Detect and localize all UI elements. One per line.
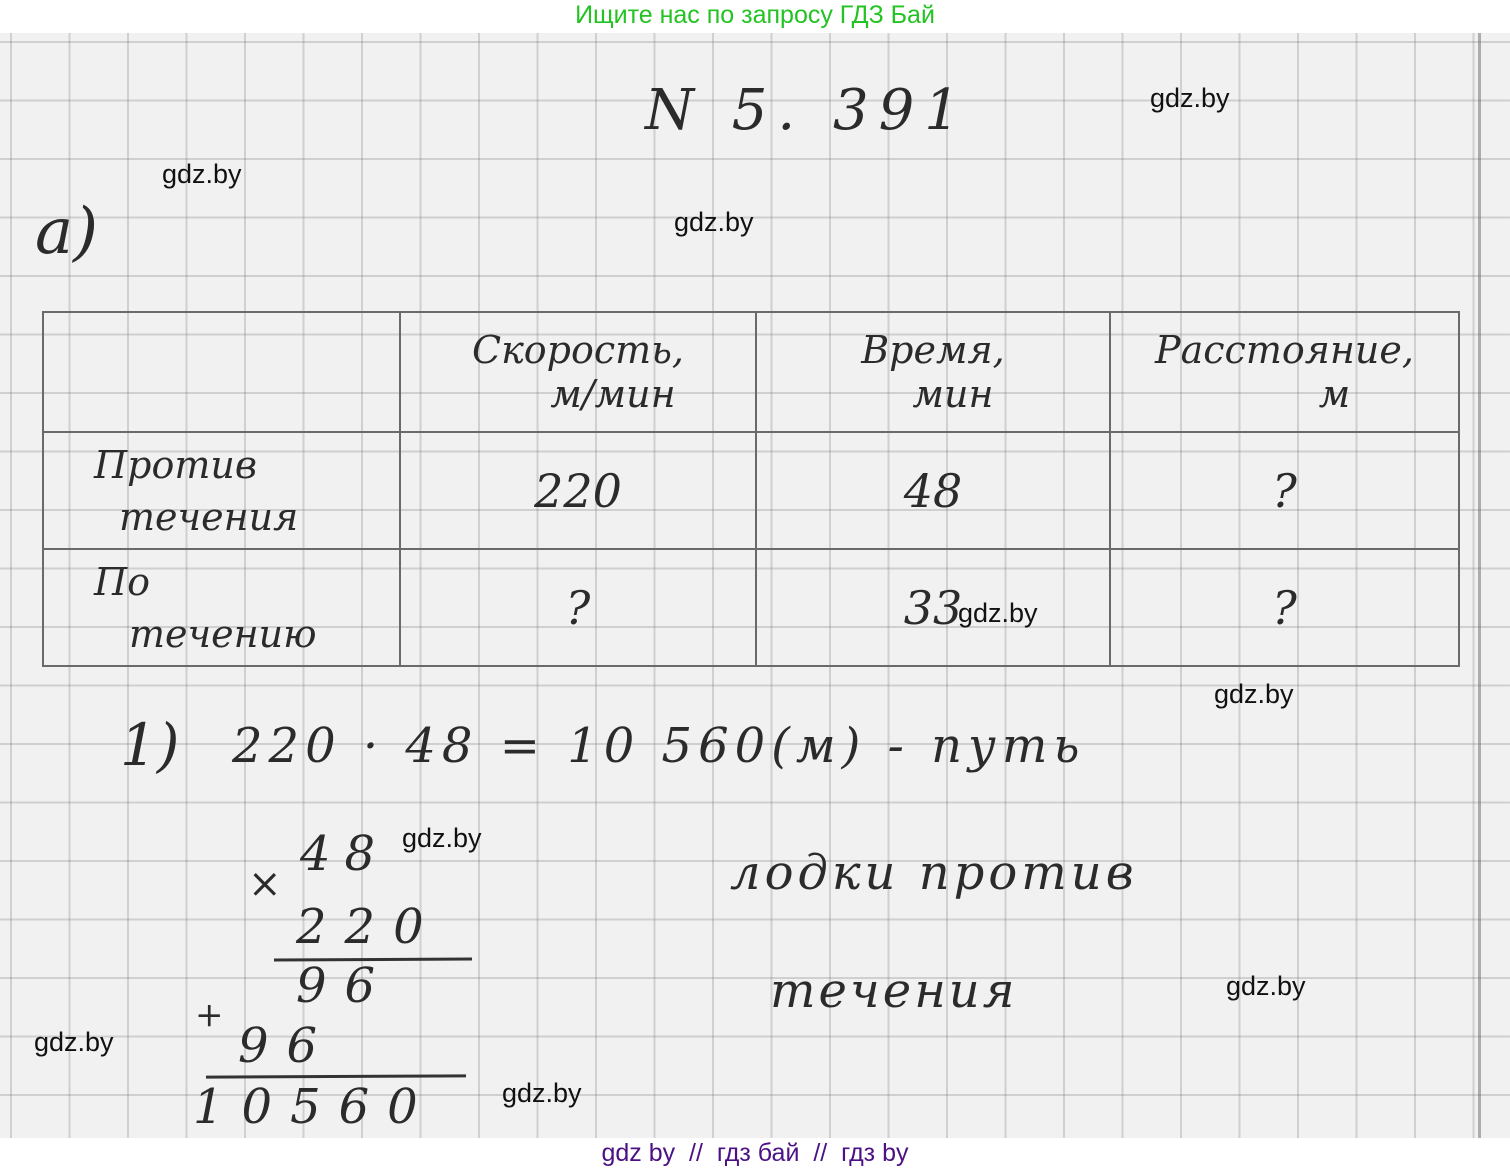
row-label-line2: течению (94, 608, 399, 660)
header-speed: Скорость, м/мин (400, 312, 756, 432)
watermark: gdz.by (402, 823, 482, 854)
header-speed-title: Скорость, (401, 328, 755, 372)
table-header-row: Скорость, м/мин Время, мин Расстояние, м (43, 312, 1459, 432)
multiplier: 220 (296, 899, 442, 955)
explanation-line1: лодки против (730, 845, 1138, 901)
watermark: gdz.by (162, 159, 242, 190)
step-equation: 220 · 48 = 10 560(м) - путь (232, 718, 1086, 774)
row-label-line2: течения (94, 491, 399, 543)
watermark: gdz.by (502, 1078, 582, 1109)
header-time: Время, мин (756, 312, 1110, 432)
multiply-sign: × (248, 861, 282, 907)
data-table: Скорость, м/мин Время, мин Расстояние, м… (42, 311, 1460, 667)
header-distance-title: Расстояние, (1111, 328, 1458, 372)
header-time-title: Время, (757, 328, 1109, 372)
watermark: gdz.by (1214, 679, 1294, 710)
row-label-line1: По (94, 556, 399, 608)
top-banner: Ищите нас по запросу ГДЗ Бай (0, 0, 1510, 32)
header-speed-unit: м/мин (401, 372, 755, 416)
row-label-upstream: Против течения (43, 432, 400, 549)
watermark: gdz.by (958, 598, 1038, 629)
exercise-part: а) (35, 195, 98, 269)
cell-time: 48 (756, 432, 1110, 549)
partial-product-1: 96 (296, 958, 393, 1014)
margin-line (1478, 33, 1481, 1138)
header-time-unit: мин (757, 372, 1109, 416)
watermark: gdz.by (1150, 83, 1230, 114)
cell-distance: ? (1110, 549, 1459, 666)
table-row: Против течения 220 48 ? (43, 432, 1459, 549)
step-number: 1) (120, 711, 180, 779)
watermark: gdz.by (674, 207, 754, 238)
cell-speed: ? (400, 549, 756, 666)
notebook-page: N 5. 391 а) Скорость, м/мин Время, мин Р… (0, 33, 1510, 1138)
row-label-line1: Против (94, 439, 399, 491)
cell-distance: ? (1110, 432, 1459, 549)
header-distance-unit: м (1111, 372, 1458, 416)
top-banner-text: Ищите нас по запросу ГДЗ Бай (575, 1, 935, 29)
explanation-line2: течения (770, 963, 1018, 1019)
exercise-number: N 5. 391 (645, 78, 970, 143)
header-empty (43, 312, 400, 432)
product-result: 10560 (193, 1079, 436, 1135)
plus-sign: + (195, 995, 224, 1035)
cell-time: 33 (756, 549, 1110, 666)
table-row: По течению ? 33 ? (43, 549, 1459, 666)
cell-speed: 220 (400, 432, 756, 549)
header-distance: Расстояние, м (1110, 312, 1459, 432)
watermark: gdz.by (34, 1027, 114, 1058)
bottom-banner-text[interactable]: gdz by // гдз бай // гдз by (601, 1139, 908, 1167)
row-label-downstream: По течению (43, 549, 400, 666)
watermark: gdz.by (1226, 971, 1306, 1002)
bottom-banner: gdz by // гдз бай // гдз by (0, 1138, 1510, 1170)
multiplicand: 48 (300, 826, 389, 882)
partial-product-2: 96 (238, 1018, 335, 1074)
